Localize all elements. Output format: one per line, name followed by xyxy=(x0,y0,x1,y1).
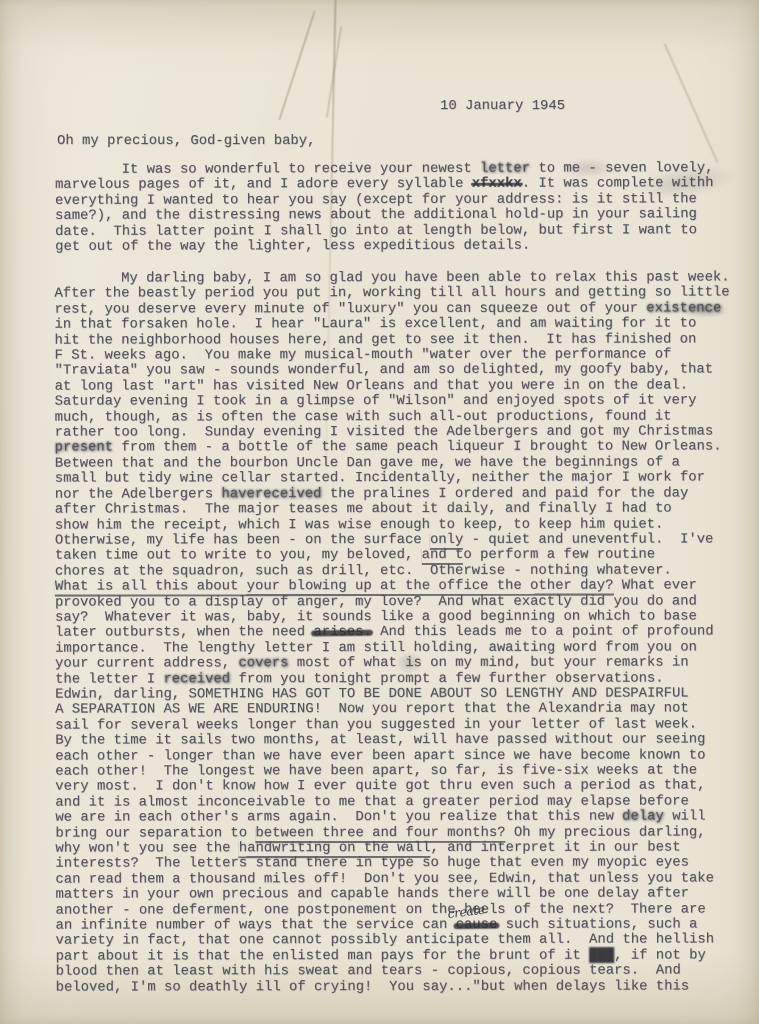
underlined-word: and t xyxy=(422,547,464,563)
smudged-word: present xyxy=(55,440,113,456)
underlined-phrase: handwriting on the wall xyxy=(239,840,431,856)
paper-scratch xyxy=(664,43,719,163)
smudged-word: received xyxy=(163,671,230,687)
strikeout-word: xfxxkx xyxy=(472,176,522,192)
letter-paragraph-2: My darling baby, I am so glad you have b… xyxy=(54,270,730,995)
paper-scratch xyxy=(278,11,315,121)
blotted-strikeout: arises. xyxy=(313,624,371,640)
letter-line: get out of the way the lighter, less exp… xyxy=(55,238,714,255)
letter-paragraph-1: It was so wonderful to receive your newe… xyxy=(55,161,714,255)
paper-scratch xyxy=(326,26,342,117)
letter-line: beloved, I'm so deathly ill of crying! Y… xyxy=(56,979,731,996)
letter-date: 10 January 1945 xyxy=(440,99,565,114)
underlined-phrase: between three and four months? xyxy=(255,824,505,840)
ink-blot: ███ xyxy=(589,947,614,963)
corrected-word: causecreate xyxy=(456,917,498,933)
smudged-word: letter xyxy=(480,161,530,177)
underlined-phrase: What is all this about your blowing up a… xyxy=(55,578,614,595)
smudged-word: covers xyxy=(238,655,288,671)
letter-salutation: Oh my precious, God-given baby, xyxy=(57,134,315,149)
underlined-word: only xyxy=(430,532,463,548)
letter-page: 10 January 1945 Oh my precious, God-give… xyxy=(0,0,759,1024)
smudged-word: havereceived xyxy=(221,486,321,502)
smudged-word: existence xyxy=(646,300,721,316)
smudged-word: delay xyxy=(622,809,664,825)
handwritten-correction: create xyxy=(447,902,486,922)
